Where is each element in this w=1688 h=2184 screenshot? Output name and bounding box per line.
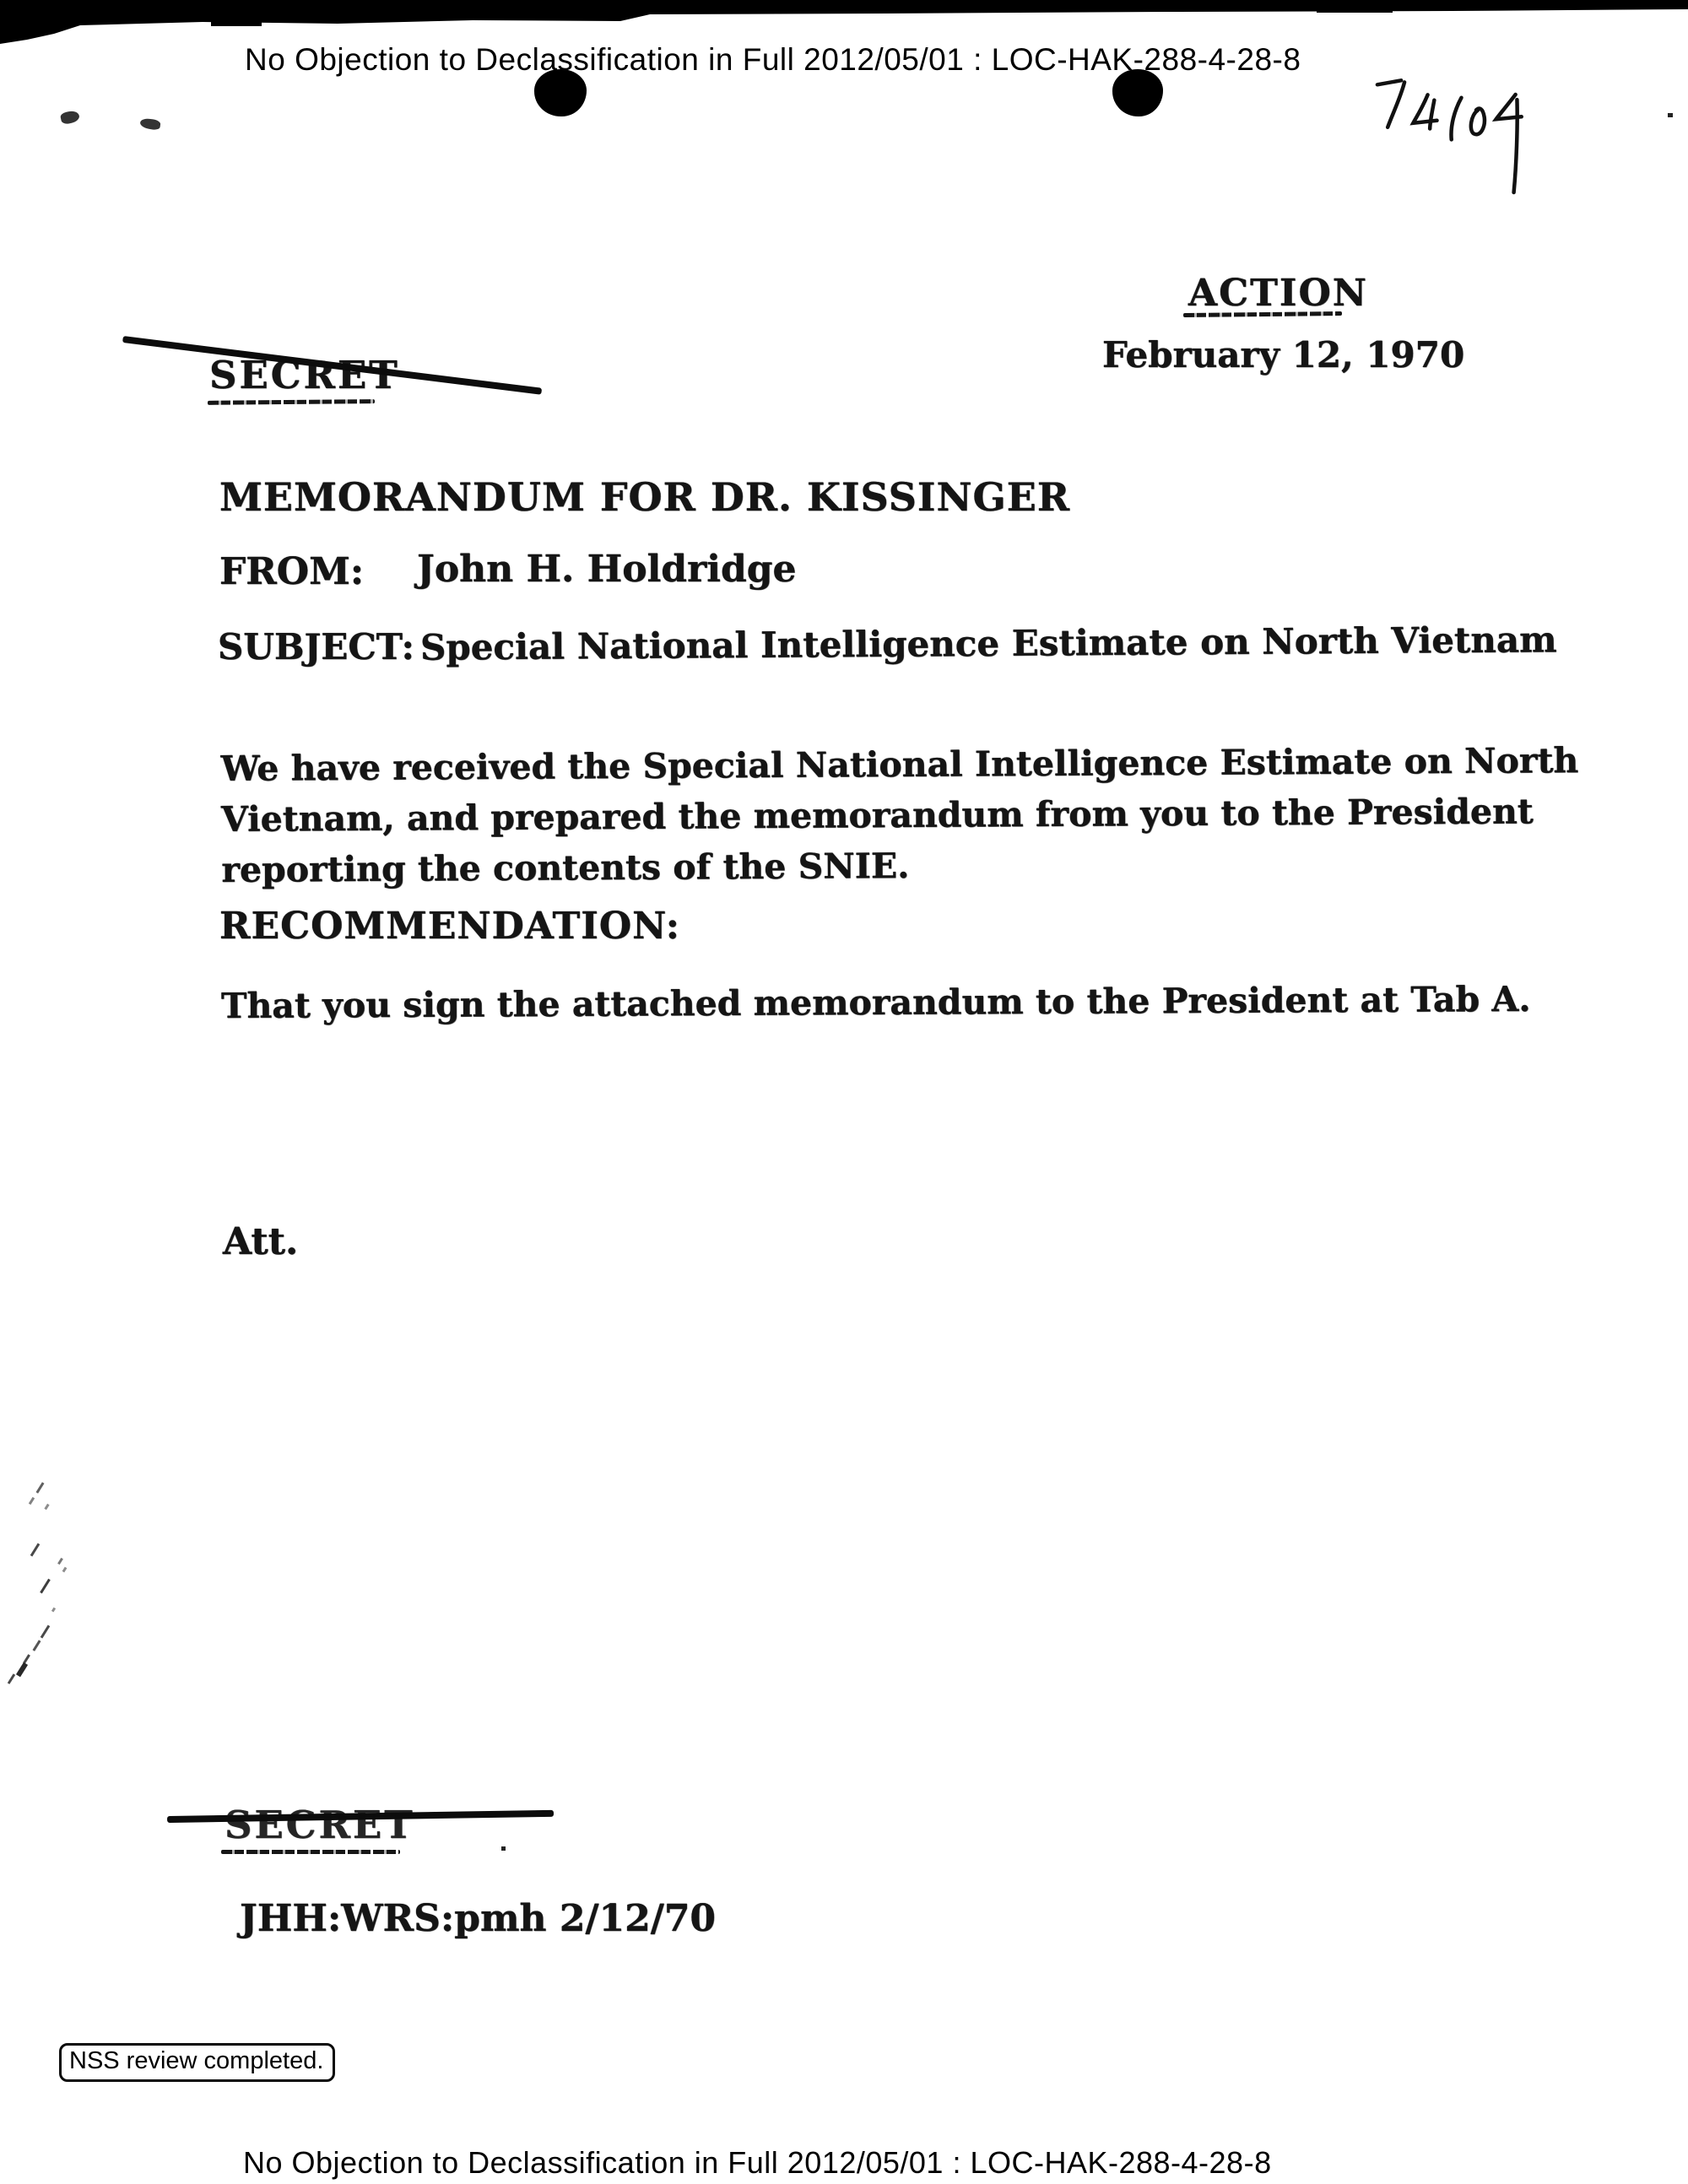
from-value: John H. Holdridge	[417, 548, 797, 591]
action-label: ACTION	[1188, 272, 1368, 315]
classification-bottom: SECRET	[225, 1803, 415, 1847]
scan-speck	[501, 1846, 506, 1851]
body-line: We have received the Special National In…	[220, 735, 1578, 794]
body-line: Vietnam, and prepared the memorandum fro…	[221, 786, 1579, 845]
subject-value: Special National Intelligence Estimate o…	[420, 619, 1557, 668]
scan-speck	[1668, 113, 1673, 117]
scanned-memo-page: No Objection to Declassification in Full…	[0, 0, 1688, 2184]
body-line: reporting the contents of the SNIE.	[221, 836, 1579, 895]
ink-smudge	[139, 117, 160, 130]
action-underline	[1183, 311, 1342, 317]
classification-bottom-underline	[221, 1850, 400, 1854]
memo-date: February 12, 1970	[1102, 334, 1464, 376]
classification-top-underline	[208, 399, 375, 405]
body-paragraph: We have received the Special National In…	[220, 735, 1579, 895]
nss-review-stamp: NSS review completed.	[59, 2043, 335, 2082]
memo-to-line: MEMORANDUM FOR DR. KISSINGER	[219, 474, 1070, 520]
declassification-footer: No Objection to Declassification in Full…	[243, 2145, 1272, 2181]
recommendation-text: That you sign the attached memorandum to…	[221, 979, 1531, 1026]
ink-smudge	[60, 110, 80, 125]
recommendation-label: RECOMMENDATION:	[219, 905, 680, 948]
handwritten-number	[1358, 62, 1573, 205]
drafter-line: JHH:WRS:pmh 2/12/70	[240, 1897, 716, 1940]
subject-label: SUBJECT:	[218, 626, 414, 668]
attachment-note: Att.	[223, 1220, 298, 1263]
punch-hole-left	[534, 69, 587, 116]
from-label: FROM:	[219, 550, 364, 593]
punch-hole-right	[1112, 69, 1163, 116]
